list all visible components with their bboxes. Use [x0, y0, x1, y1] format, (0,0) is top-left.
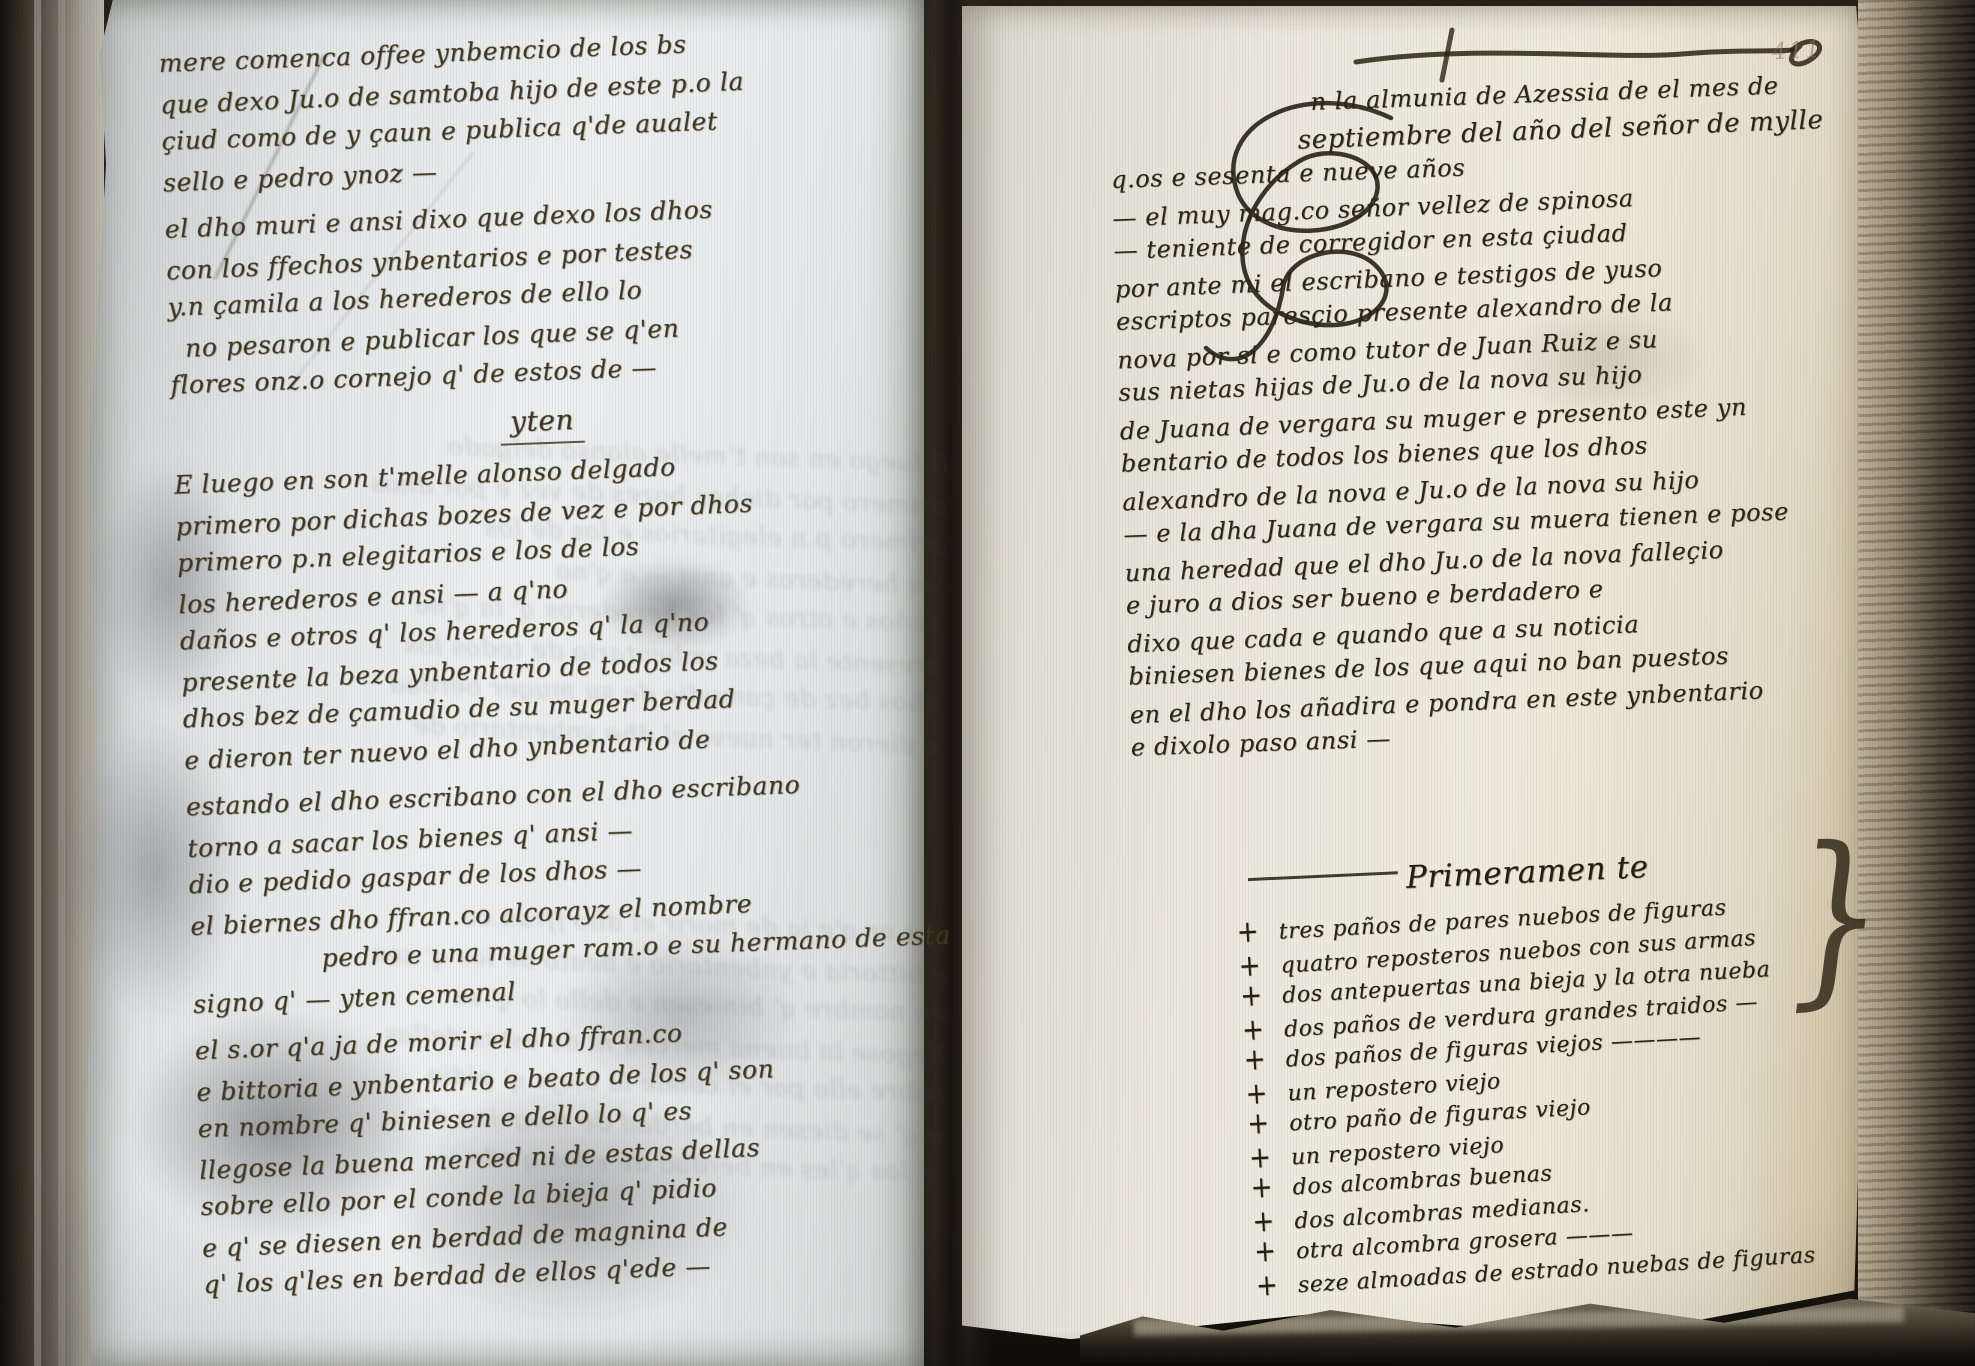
cross-marker: +: [1250, 1169, 1294, 1207]
folio-number: 411: [1771, 37, 1822, 66]
inventory-list: +tres paños de pares nuebos de figuras +…: [1236, 888, 1816, 1302]
manuscript-photo: E luego en son t'melle alonso delgadopri…: [0, 0, 1975, 1366]
cross-marker: +: [1246, 1105, 1290, 1143]
cross-marker: +: [1236, 913, 1280, 951]
left-paragraph-4: estando el dho escribano con el dho escr…: [185, 760, 933, 1021]
right-page-paragraph: n la almunia de Azessia de el mes desept…: [1108, 65, 1891, 766]
cross-marker: +: [1239, 977, 1283, 1015]
page-edge-strip: [58, 0, 65, 1366]
left-paragraph-1: mere comenca offee ynbemcio de los bsque…: [158, 17, 903, 200]
heading-lead-line: [1248, 871, 1398, 881]
left-paragraph-5: el s.or q'a ja de morir el dho ffran.coe…: [194, 1004, 944, 1304]
cross-marker: +: [1253, 1233, 1297, 1271]
page-edge-strip: [34, 0, 41, 1366]
left-page-text: mere comenca offee ynbemcio de los bsque…: [158, 17, 944, 1314]
left-paragraph-2: el dho muri e ansi dixo que dexo los dho…: [164, 183, 911, 405]
cross-marker: +: [1243, 1041, 1287, 1079]
left-paragraph-3: E luego en son t'melle alonso delgadopri…: [173, 439, 924, 778]
cross-marker: +: [1255, 1267, 1299, 1305]
